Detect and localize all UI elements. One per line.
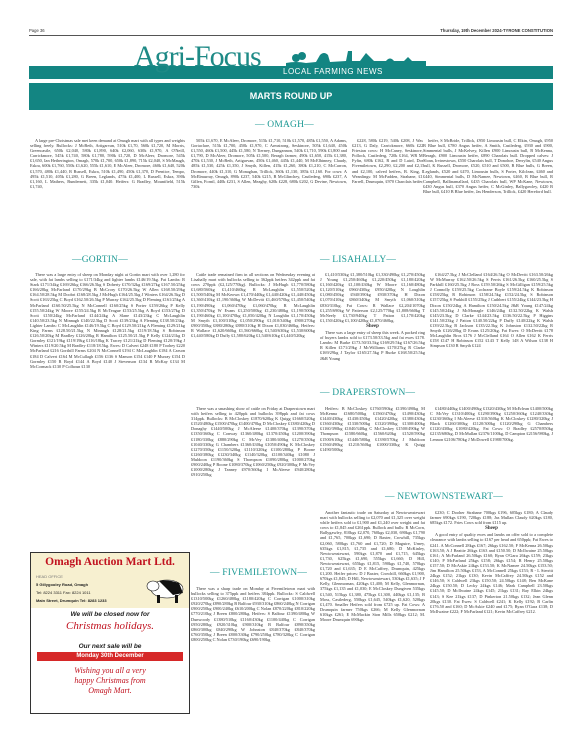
fivemiletown-heading: — FIVEMILETOWN— xyxy=(210,568,307,578)
draperstown-col1: There was a smashing show of cattle on F… xyxy=(191,406,315,530)
fivemiletown-body: There was a sharp trade on Monday at Fiv… xyxy=(191,586,315,668)
advert-address: 5 Gillygooley Road, Omagh xyxy=(36,582,88,587)
newtownstewart-col1: Another fantastic trade on Saturday at N… xyxy=(320,510,425,706)
lisahally-heading: — LISAHALLY— xyxy=(320,255,396,265)
advert-phone: Tel: 8224 3311 Fax: 8224 1011 xyxy=(36,590,91,595)
lisahally-col2: £1,410/530kg £1,380/510kg £1,330/490kg £… xyxy=(320,272,425,382)
advert-head-office-label: HEAD OFFICE xyxy=(36,574,63,579)
omagh-heading: — OMAGH— xyxy=(255,120,314,130)
omagh-mart-advert: Omagh Auction Mart Ltd. HEAD OFFICE 5 Gi… xyxy=(30,552,190,714)
advert-next-sale-date: Monday 30th December xyxy=(37,652,183,661)
page-header: Page 36 Thursday, 19th December 2024-TYR… xyxy=(29,27,553,36)
omagh-col2: 505k £1,670, E McAleer, Dromore, 515k £1… xyxy=(191,138,347,189)
advert-greeting: Wishing you all a very happy Christmas f… xyxy=(31,666,189,696)
section-banner: MARTS ROUND UP xyxy=(29,83,553,110)
lisahally-sheep-heading: Sheep xyxy=(320,324,425,329)
newtownstewart-heading: — NEWTOWNSTEWART— xyxy=(385,492,503,502)
gortin-body: There was a large entry of sheep on Mond… xyxy=(30,272,185,540)
advert-closed-text: We will be closed now for xyxy=(31,611,189,618)
masthead-subtitle: LOCAL FARMING NEWS xyxy=(283,67,383,76)
page-number: Page 36 xyxy=(29,28,45,33)
advert-company-name: Omagh Auction Mart Ltd. xyxy=(33,556,187,568)
farm-silhouette-icon xyxy=(286,49,426,67)
advert-branch: Main Street, Drumquin Tel: 8283 1233 xyxy=(36,598,107,603)
omagh-col1: A large pre-Christmas sale met keen dema… xyxy=(30,138,185,189)
advert-next-sale-text: Our next sale will be xyxy=(31,643,189,650)
lisahally-col3: £164/27.5kg J McClelland £164/26.5kg O M… xyxy=(430,272,553,382)
lisahally-col1: Cattle trade remained firm in all sectio… xyxy=(191,272,315,382)
masthead: Agri-Focus LOCAL FARMING NEWS xyxy=(29,40,553,80)
masthead-title: Agri-Focus xyxy=(134,42,261,72)
draperstown-col2: Heifers: B McCloskey £1760/590kg £1390/4… xyxy=(320,406,425,480)
draperstown-heading: — DRAPERSTOWN— xyxy=(320,388,415,398)
newtownstewart-col2: £230; C Dooher Strabane 700kgs £196, 605… xyxy=(430,510,553,706)
dateline: Thursday, 19th December 2024-TYRONE CONS… xyxy=(440,28,553,33)
cow-icon xyxy=(145,573,185,605)
newtownstewart-sheep-heading: Sheep xyxy=(430,526,553,531)
draperstown-col3: £1480/440kg £1400/490kg £1320/430kg M Mc… xyxy=(430,406,553,480)
advert-holidays-text: Christmas holidays. xyxy=(31,620,189,632)
gortin-heading: —GORTIN— xyxy=(72,255,128,265)
omagh-col4: heifer, S McBride, Trillick, £950 Limous… xyxy=(423,138,553,230)
